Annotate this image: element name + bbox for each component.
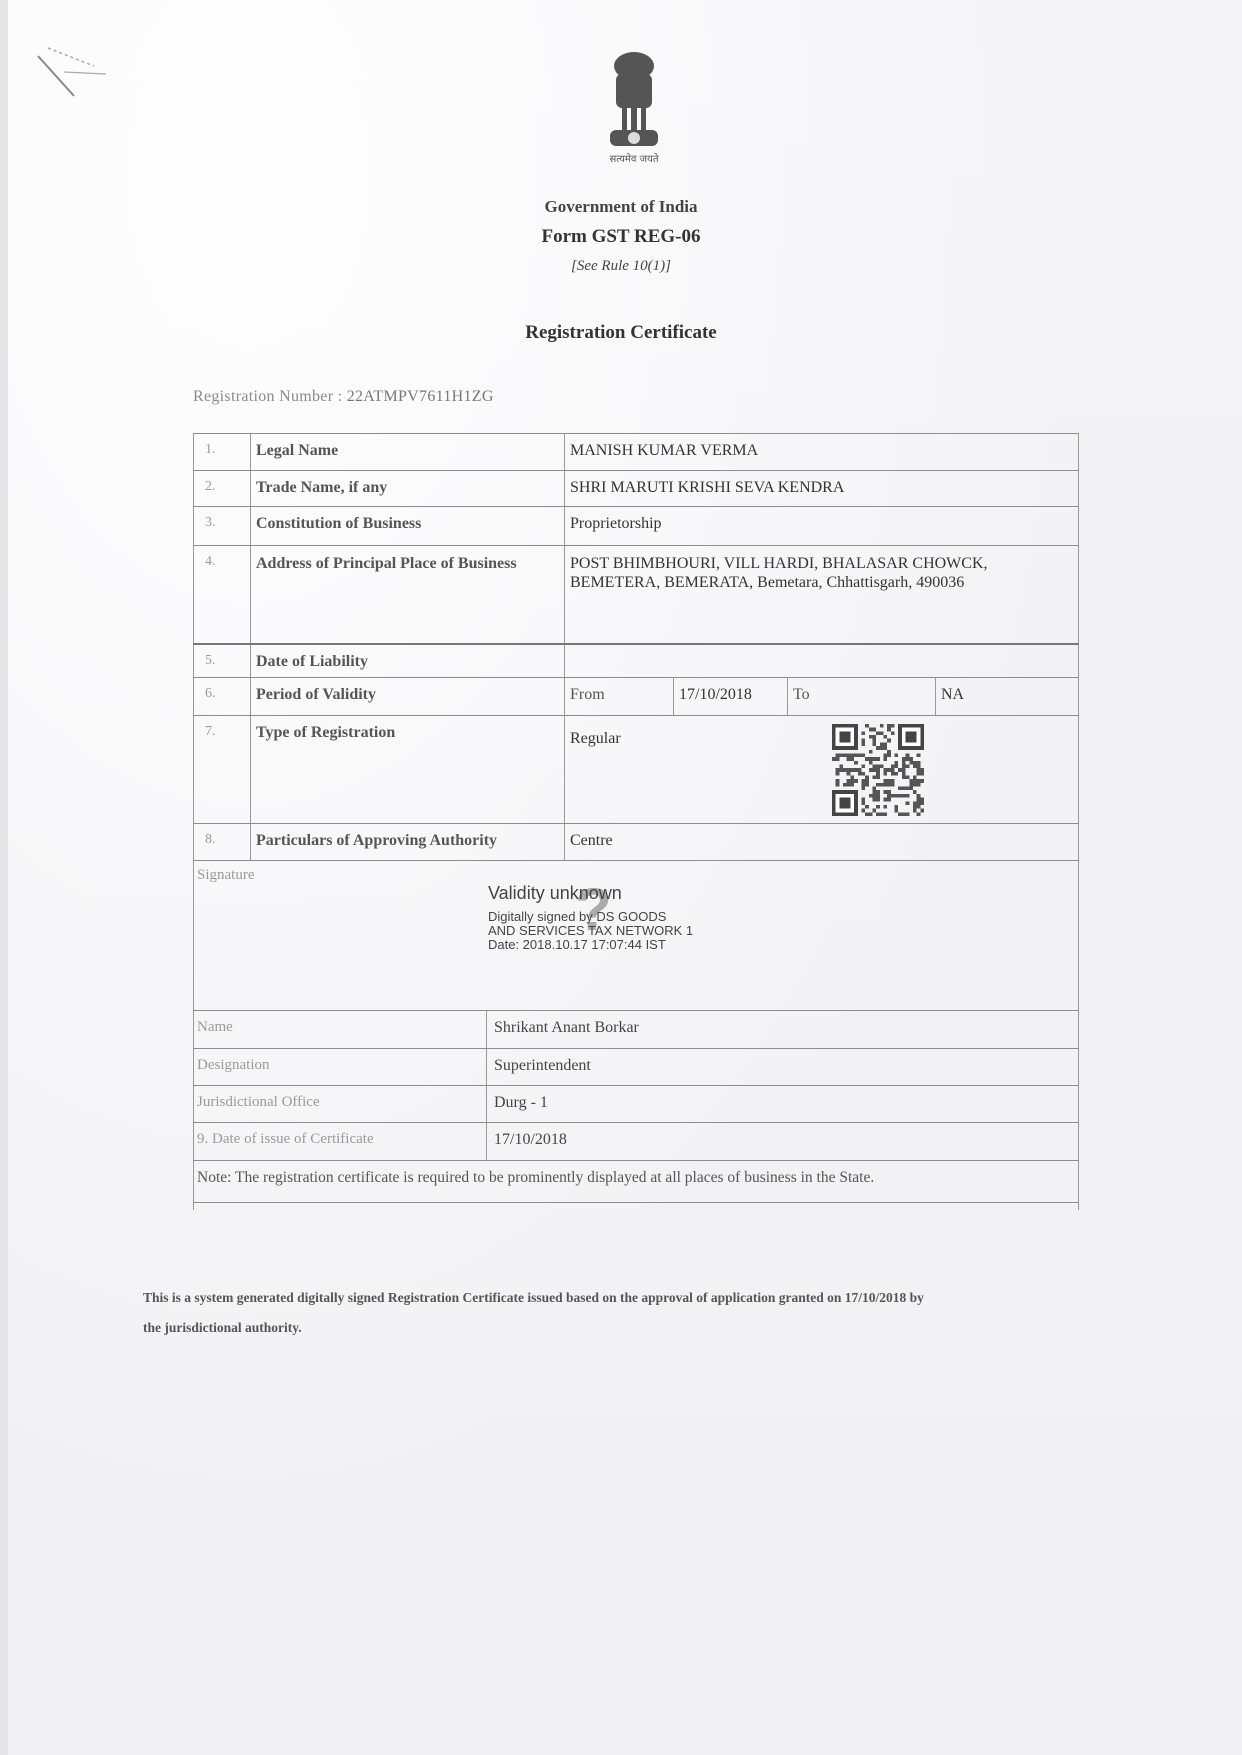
registration-number-label: Registration Number : [193, 388, 342, 405]
row-label: Legal Name [250, 434, 557, 470]
authority-label: 9. Date of issue of Certificate [193, 1123, 486, 1160]
validity-from-label: From [564, 678, 673, 715]
footer-statement: This is a system generated digitally sig… [143, 1283, 1133, 1343]
row-number: 5. [193, 645, 250, 677]
authority-label: Name [193, 1011, 486, 1048]
validity-from-date: 17/10/2018 [673, 678, 787, 715]
note-row: Note: The registration certificate is re… [193, 1160, 1079, 1202]
signed-by-line-1: Digitally signed by DS GOODS [488, 910, 693, 924]
signature-section: Signature ? Validity unknown Digitally s… [193, 860, 1079, 1010]
registration-number: Registration Number : 22ATMPV7611H1ZG [193, 388, 494, 406]
pen-mark-icon [34, 44, 124, 104]
trade-name-value: SHRI MARUTI KRISHI SEVA KENDRA [564, 471, 1079, 506]
row-number: 2. [193, 471, 250, 506]
authority-label: Jurisdictional Office [193, 1086, 486, 1122]
table-row-period-of-validity: 6. Period of Validity From 17/10/2018 To… [193, 677, 1079, 715]
display-note: Note: The registration certificate is re… [193, 1161, 1079, 1202]
row-label: Period of Validity [250, 678, 557, 715]
validity-to-date: NA [935, 678, 1079, 715]
signature-validity-status: Validity unknown [488, 883, 693, 904]
date-of-liability-value [564, 645, 1079, 677]
digital-signature[interactable]: Validity unknown Digitally signed by DS … [488, 883, 693, 952]
registration-type-value: Regular [564, 716, 1079, 823]
authority-row-jurisdiction: Jurisdictional Office Durg - 1 [193, 1085, 1079, 1122]
table-bottom-border [193, 1202, 1079, 1203]
government-heading: Government of India [0, 197, 1242, 217]
table-row-type-of-registration: 7. Type of Registration Regular [193, 715, 1079, 823]
svg-text:सत्यमेव जयते: सत्यमेव जयते [609, 153, 658, 165]
issue-date-value: 17/10/2018 [486, 1123, 1079, 1160]
authority-row-designation: Designation Superintendent [193, 1048, 1079, 1085]
row-label: Trade Name, if any [250, 471, 557, 506]
table-row-legal-name: 1. Legal Name MANISH KUMAR VERMA [193, 433, 1079, 470]
row-number: 3. [193, 507, 250, 545]
row-label: Date of Liability [250, 645, 557, 677]
legal-name-value: MANISH KUMAR VERMA [564, 434, 1079, 470]
officer-name-value: Shrikant Anant Borkar [486, 1011, 1079, 1048]
validity-to-label: To [787, 678, 935, 715]
signature-label: Signature [197, 867, 255, 884]
row-number: 7. [193, 716, 250, 823]
registration-number-value: 22ATMPV7611H1ZG [347, 388, 494, 405]
signature-date: Date: 2018.10.17 17:07:44 IST [488, 938, 693, 952]
authority-row-issue-date: 9. Date of issue of Certificate 17/10/20… [193, 1122, 1079, 1160]
footer-line-1: This is a system generated digitally sig… [143, 1283, 1133, 1313]
row-label: Constitution of Business [250, 507, 557, 545]
address-line-1: POST BHIMBHOURI, VILL HARDI, BHALASAR CH… [570, 554, 1073, 573]
address-value: POST BHIMBHOURI, VILL HARDI, BHALASAR CH… [564, 546, 1079, 643]
authority-row-name: Name Shrikant Anant Borkar [193, 1010, 1079, 1048]
address-line-2: BEMETERA, BEMERATA, Bemetara, Chhattisga… [570, 573, 1073, 592]
row-label: Address of Principal Place of Business [250, 546, 557, 643]
approving-authority-value: Centre [564, 824, 1079, 860]
certificate-title: Registration Certificate [0, 322, 1242, 344]
table-row-approving-authority: 8. Particulars of Approving Authority Ce… [193, 823, 1079, 860]
row-number: 6. [193, 678, 250, 715]
table-row-date-of-liability: 5. Date of Liability [193, 643, 1079, 677]
row-number: 8. [193, 824, 250, 860]
row-label: Type of Registration [250, 716, 557, 823]
row-label: Particulars of Approving Authority [250, 824, 557, 860]
signed-by-line-2: AND SERVICES TAX NETWORK 1 [488, 924, 693, 938]
constitution-value: Proprietorship [564, 507, 1079, 545]
authority-label: Designation [193, 1049, 486, 1085]
rule-reference: [See Rule 10(1)] [0, 258, 1242, 275]
table-row-address: 4. Address of Principal Place of Busines… [193, 545, 1079, 643]
jurisdictional-office-value: Durg - 1 [486, 1086, 1079, 1122]
national-emblem-icon: सत्यमेव जयते [596, 48, 672, 168]
form-title: Form GST REG-06 [0, 226, 1242, 248]
qr-code-icon[interactable] [832, 724, 924, 816]
table-row-trade-name: 2. Trade Name, if any SHRI MARUTI KRISHI… [193, 470, 1079, 506]
designation-value: Superintendent [486, 1049, 1079, 1085]
row-number: 1. [193, 434, 250, 470]
table-row-constitution: 3. Constitution of Business Proprietorsh… [193, 506, 1079, 545]
footer-line-2: the jurisdictional authority. [143, 1313, 1133, 1343]
row-number: 4. [193, 546, 250, 643]
